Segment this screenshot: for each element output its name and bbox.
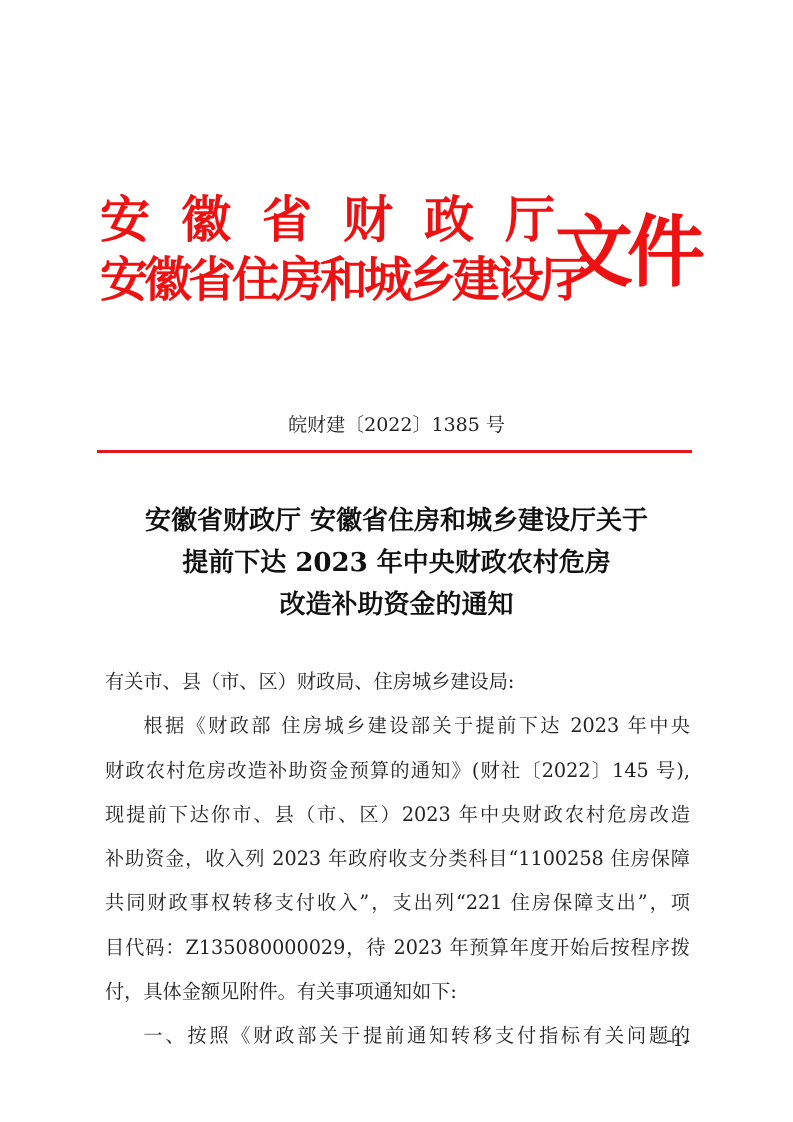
title-line: 改造补助资金的通知 [0,584,793,626]
masthead-char: 徽 [181,192,231,248]
document-number: 皖财建〔2022〕1385 号 [0,410,793,437]
body-line: 根据《财政部 住房城乡建设部关于提前下达 2023 年中央 [105,704,690,748]
red-divider-rule [97,450,692,453]
masthead-char: 安 [100,192,150,248]
masthead-char: 财 [343,192,393,248]
document-title: 安徽省财政厅 安徽省住房和城乡建设厅关于 提前下达 2023 年中央财政农村危房… [0,500,793,626]
body-line: 现提前下达你市、县（市、区）2023 年中央财政农村危房改造 [105,793,690,837]
title-line: 提前下达 2023 年中央财政农村危房 [0,542,793,584]
body-line: 共同财政事权转移支付收入”，支出列“221 住房保障支出”，项 [105,881,690,925]
salutation: 有关市、县（市、区）财政局、住房城乡建设局: [105,660,690,704]
masthead-char: 省 [262,192,312,248]
body-line: 一、按照《财政部关于提前通知转移支付指标有关问题的 [105,1014,690,1058]
masthead-char: 政 [424,192,474,248]
masthead-issuer-housing: 安徽省住房和城乡建设厅 [100,252,560,308]
body-line: 补助资金，收入列 2023 年政府收支分类科目“1100258 住房保障 [105,837,690,881]
document-body: 有关市、县（市、区）财政局、住房城乡建设局: 根据《财政部 住房城乡建设部关于提… [105,660,690,1059]
masthead-issuer-finance: 安 徽 省 财 政 厅 [100,192,555,248]
document-masthead: 安 徽 省 财 政 厅 安徽省住房和城乡建设厅 文件 [100,190,700,320]
masthead-char: 厅 [505,192,555,248]
page-number: -1- [640,1030,690,1051]
title-line: 安徽省财政厅 安徽省住房和城乡建设厅关于 [0,500,793,542]
body-line: 目代码：Z135080000029，待 2023 年预算年度开始后按程序拨 [105,926,690,970]
masthead-document-suffix: 文件 [555,208,699,298]
body-line: 付，具体金额见附件。有关事项通知如下: [105,970,690,1014]
body-line: 财政农村危房改造补助资金预算的通知》(财社〔2022〕145 号), [105,749,690,793]
